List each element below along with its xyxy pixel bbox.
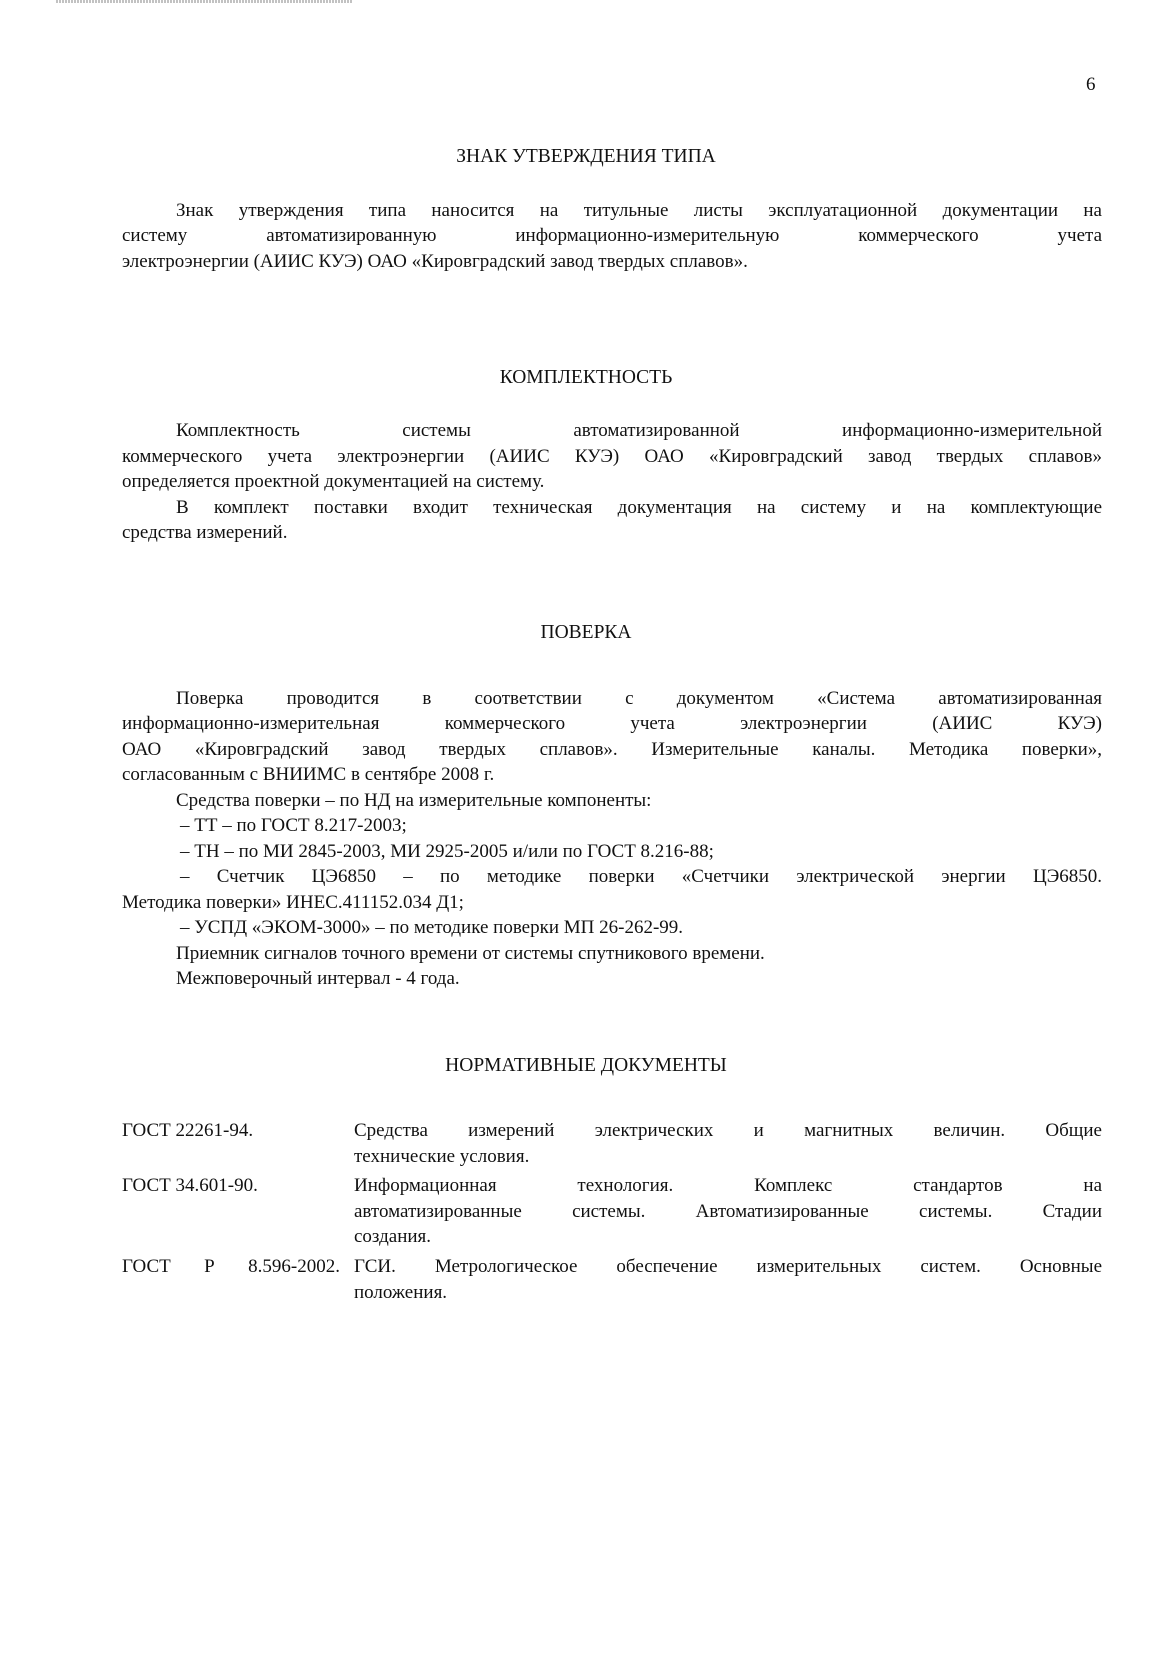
page-number: 6 — [1086, 74, 1096, 96]
verification-line-2: информационно-измерительная коммерческог… — [122, 711, 1102, 737]
normative-doc-desc: Информационная технология. Комплекс стан… — [354, 1173, 1102, 1250]
verification-line-1: Поверка проводится в соответствии с доку… — [122, 686, 1102, 712]
normative-doc-desc-line: положения. — [354, 1280, 1102, 1306]
verification-interval: Межповерочный интервал - 4 года. — [176, 966, 460, 992]
verification-item-meter-cont: Методика поверки» ИНЕС.411152.034 Д1; — [122, 890, 1102, 916]
heading-type-approval: ЗНАК УТВЕРЖДЕНИЯ ТИПА — [0, 146, 1172, 168]
heading-normative-docs: НОРМАТИВНЫЕ ДОКУМЕНТЫ — [0, 1055, 1172, 1077]
type-approval-line-2: систему автоматизированную информационно… — [122, 223, 1102, 249]
normative-doc-desc-line: создания. — [354, 1224, 1102, 1250]
normative-doc-desc-line: Информационная технология. Комплекс стан… — [354, 1173, 1102, 1199]
verification-line-4: согласованным с ВНИИМС в сентябре 2008 г… — [122, 762, 1102, 788]
verification-receiver: Приемник сигналов точного времени от сис… — [176, 941, 765, 967]
heading-verification: ПОВЕРКА — [0, 622, 1172, 644]
completeness-line-4: В комплект поставки входит техническая д… — [122, 495, 1102, 521]
verification-item-tt: – ТТ – по ГОСТ 8.217-2003; — [180, 813, 407, 839]
normative-doc-desc-line: автоматизированные системы. Автоматизиро… — [354, 1199, 1102, 1225]
verification-item-meter: – Счетчик ЦЭ6850 – по методике поверки «… — [180, 864, 1102, 890]
normative-doc-desc-line: технические условия. — [354, 1144, 1102, 1170]
verification-item-uspd: – УСПД «ЭКОМ-3000» – по методике поверки… — [180, 915, 683, 941]
normative-doc-desc: Средства измерений электрических и магни… — [354, 1118, 1102, 1169]
scan-artifact-strip — [56, 0, 352, 3]
type-approval-line-3: электроэнергии (АИИС КУЭ) ОАО «Кировград… — [122, 249, 1102, 275]
normative-doc-code: ГОСТ 34.601-90. — [122, 1173, 340, 1199]
completeness-line-5: средства измерений. — [122, 520, 1102, 546]
verification-means-intro: Средства поверки – по НД на измерительны… — [176, 788, 651, 814]
normative-doc-desc: ГСИ. Метрологическое обеспечение измерит… — [354, 1254, 1102, 1305]
verification-item-tn: – ТН – по МИ 2845-2003, МИ 2925-2005 и/и… — [180, 839, 714, 865]
completeness-line-2: коммерческого учета электроэнергии (АИИС… — [122, 444, 1102, 470]
completeness-line-3: определяется проектной документацией на … — [122, 469, 1102, 495]
normative-doc-code: ГОСТ Р 8.596-2002. — [122, 1254, 340, 1280]
type-approval-line-1: Знак утверждения типа наносится на титул… — [122, 198, 1102, 224]
normative-doc-desc-line: ГСИ. Метрологическое обеспечение измерит… — [354, 1254, 1102, 1280]
heading-completeness: КОМПЛЕКТНОСТЬ — [0, 367, 1172, 389]
normative-doc-desc-line: Средства измерений электрических и магни… — [354, 1118, 1102, 1144]
completeness-line-1: Комплектность системы автоматизированной… — [122, 418, 1102, 444]
verification-line-3: ОАО «Кировградский завод твердых сплавов… — [122, 737, 1102, 763]
normative-doc-code: ГОСТ 22261-94. — [122, 1118, 340, 1144]
